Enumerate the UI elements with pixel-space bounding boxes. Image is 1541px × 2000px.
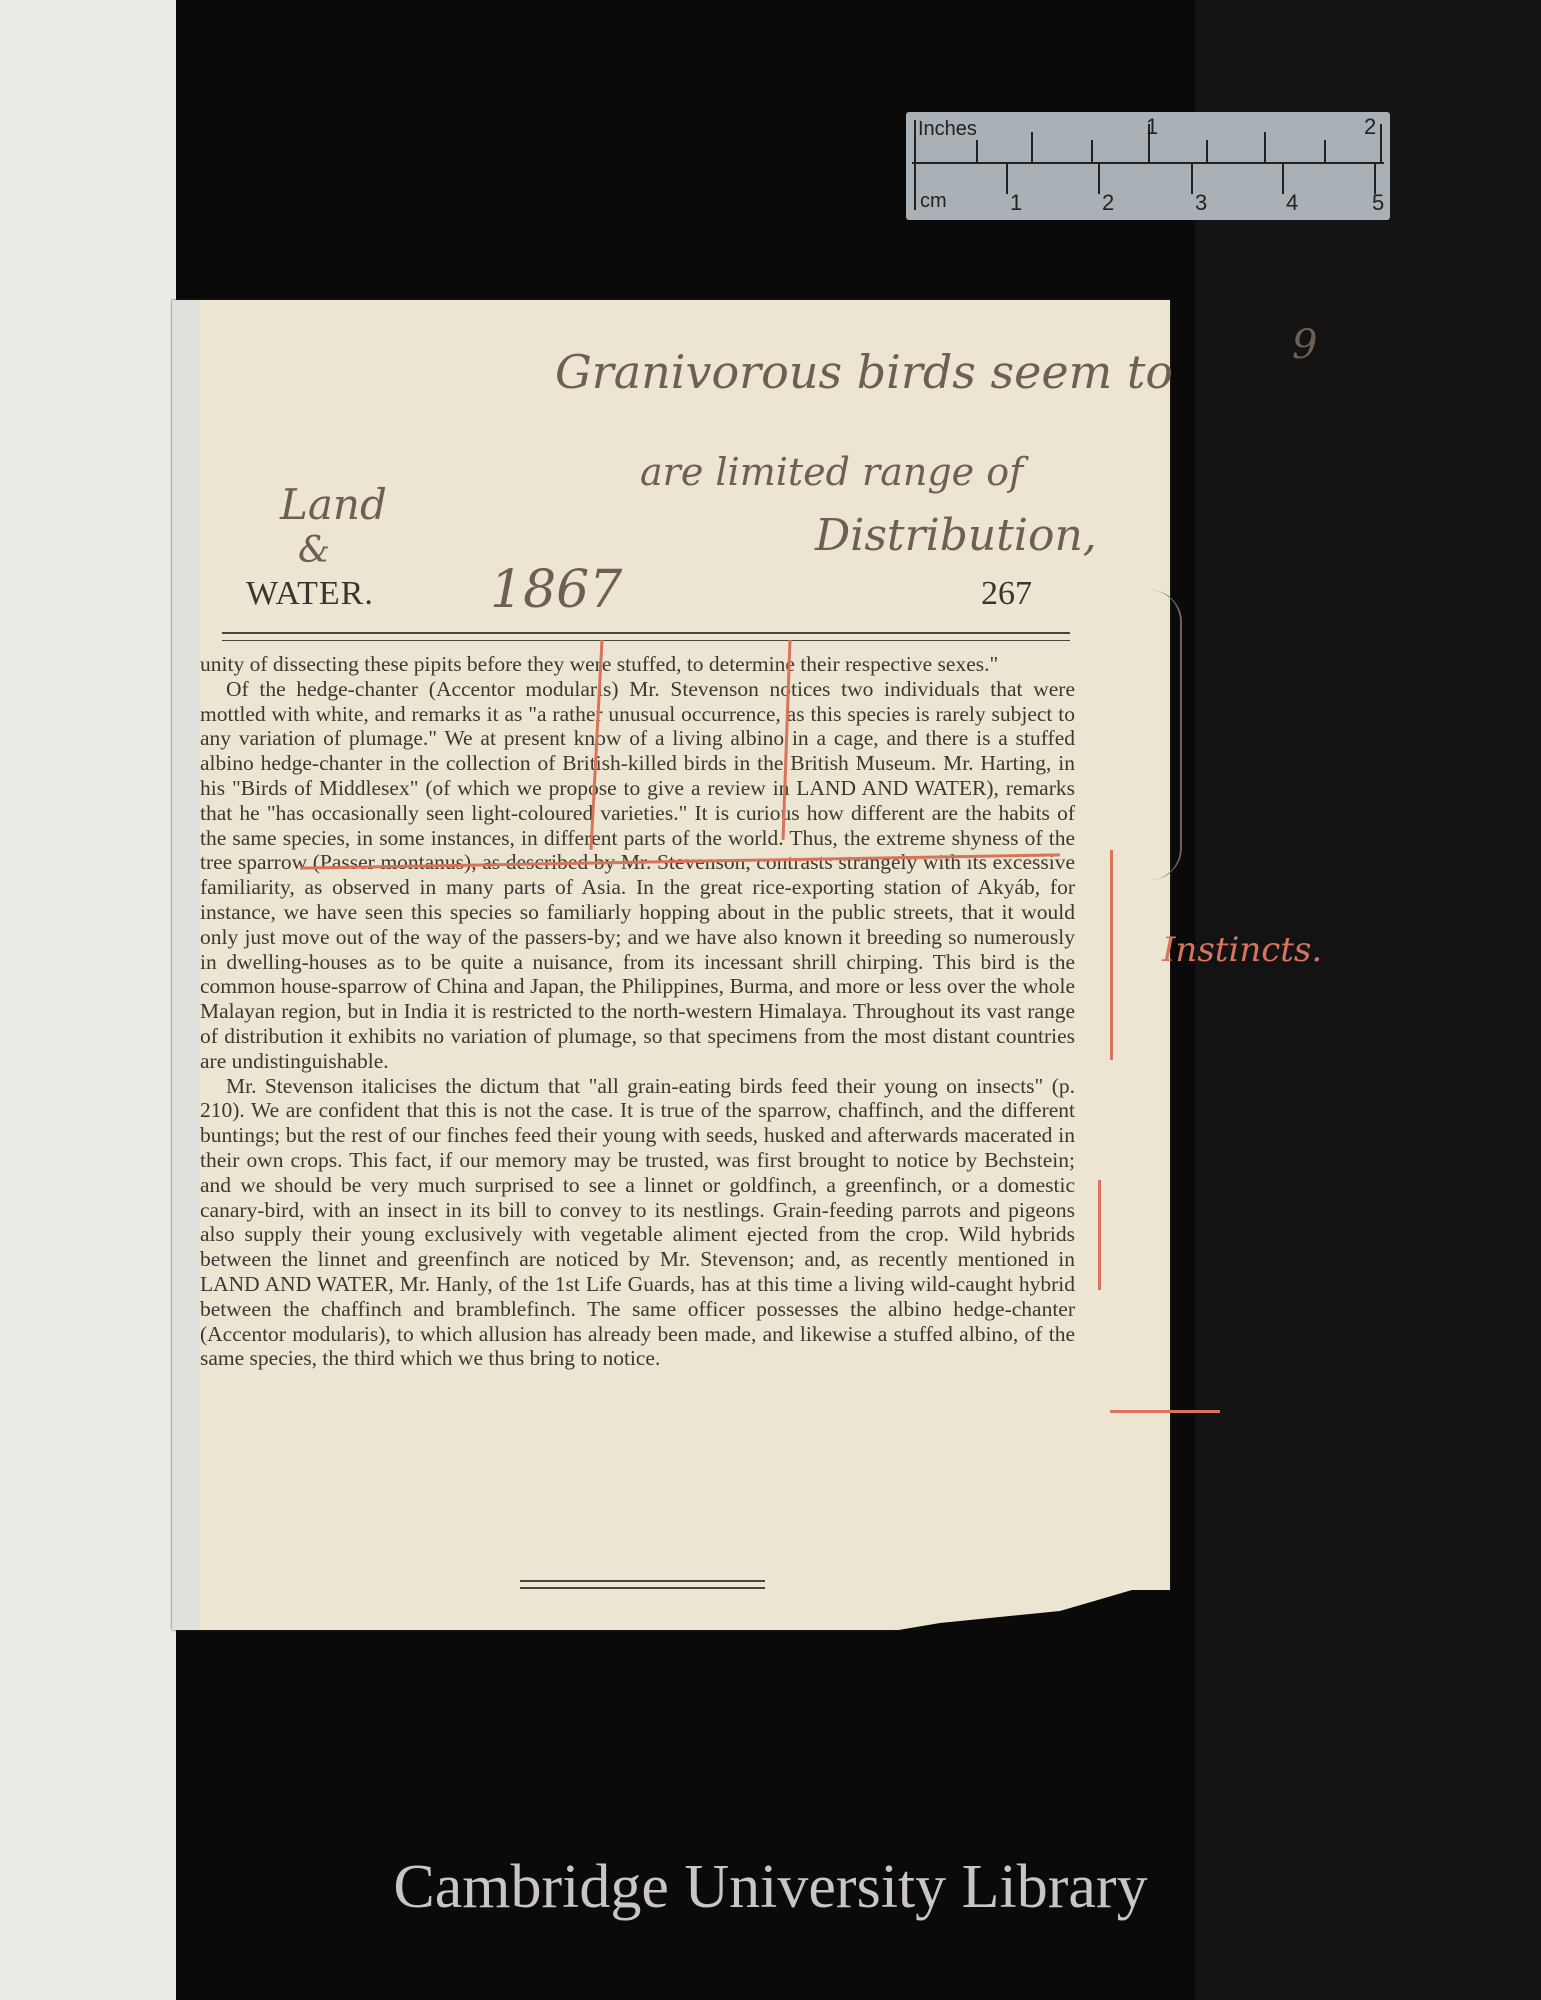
clipping-left-edge [172,300,200,1630]
ruler-inches-label: Inches [918,118,977,141]
publication-title: WATER. [246,575,374,613]
paragraph-1: unity of dissecting these pipits before … [200,652,1075,677]
ruler-cm-2: 2 [1102,190,1114,216]
handwritten-note-line-2: are limited range of [640,450,1023,494]
page-number: 267 [981,575,1032,613]
red-margin-mark [1110,1410,1220,1413]
red-margin-bracket [1110,850,1113,1060]
handwritten-note-line-1: Granivorous birds seem to [555,345,1173,399]
scale-ruler: Inches 1 2 cm 1 2 3 4 5 [906,112,1390,220]
ruler-inch-2: 2 [1364,114,1376,140]
ruler-cm-1: 1 [1010,190,1022,216]
background-velvet [1195,0,1541,2000]
pencil-margin-bracket [1150,590,1182,880]
handwritten-ampersand: & [298,530,330,571]
article-body: unity of dissecting these pipits before … [200,652,1075,1371]
header-rule-thin [222,640,1070,641]
header-rule [222,632,1070,634]
handwritten-year: 1867 [490,560,622,620]
ruler-cm-label: cm [920,190,947,213]
handwritten-note-line-3: Distribution, [815,510,1097,561]
ruler-cm-3: 3 [1195,190,1207,216]
handwritten-land: Land [280,480,387,529]
end-rule [520,1587,765,1589]
paragraph-3: Mr. Stevenson italicises the dictum that… [200,1074,1075,1372]
folio-number: 9 [1292,322,1317,368]
white-mount-strip [0,0,176,2000]
end-rule [520,1580,765,1582]
ruler-cm-4: 4 [1286,190,1298,216]
paragraph-2: Of the hedge-chanter (Accentor modularis… [200,677,1075,1074]
red-margin-note: Instincts. [1162,930,1322,970]
ruler-cm-5: 5 [1372,190,1384,216]
library-watermark: Cambridge University Library [0,1852,1541,1923]
red-margin-bracket [1098,1180,1101,1290]
